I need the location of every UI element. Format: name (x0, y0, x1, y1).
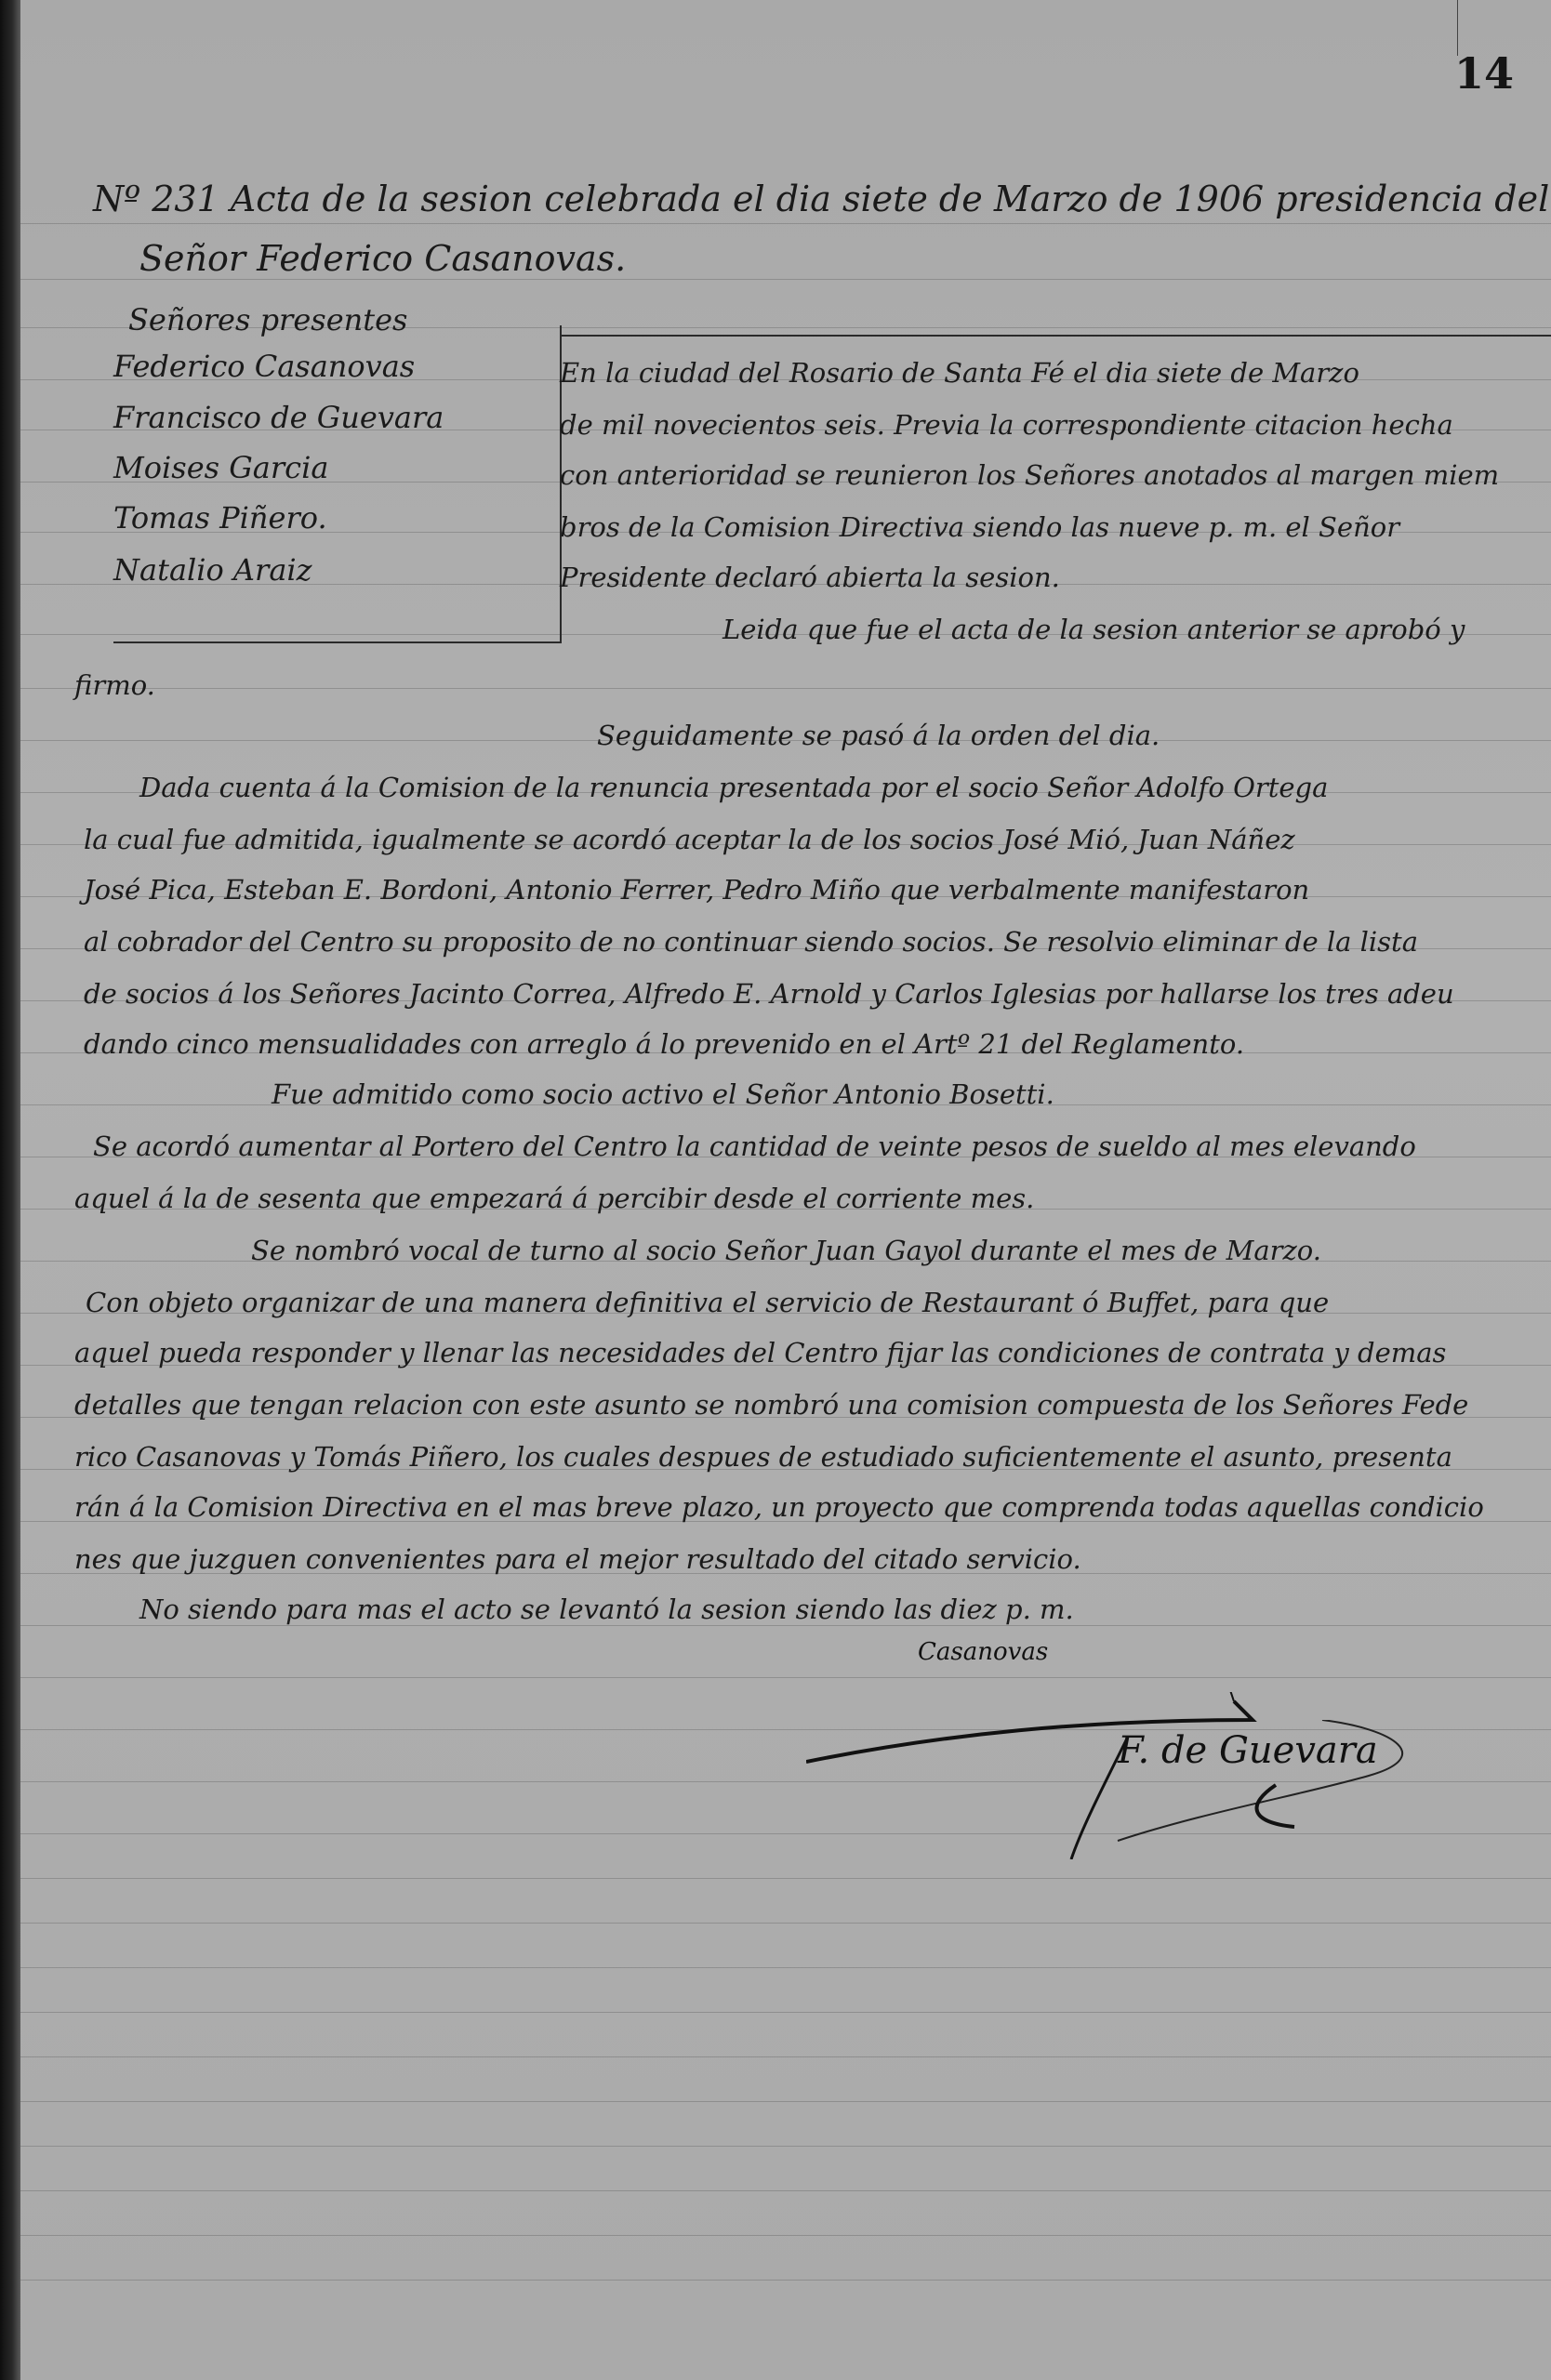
body-line: Se nombró vocal de turno al socio Señor … (251, 1235, 1321, 1266)
president-signature: Casanovas (918, 1638, 1048, 1666)
preamble-line: Presidente declaró abierta la sesion. (560, 562, 1060, 593)
preamble-line: con anterioridad se reunieron los Señore… (560, 459, 1499, 491)
attendee-name: Natalio Araiz (113, 552, 312, 588)
preamble-line: de mil novecientos seis. Previa la corre… (560, 409, 1453, 441)
body-line: Dada cuenta á la Comision de la renuncia… (139, 772, 1328, 803)
preamble-line: En la ciudad del Rosario de Santa Fé el … (560, 357, 1359, 389)
attendee-name: Federico Casanovas (113, 349, 415, 384)
body-line: nes que juzguen convenientes para el mej… (74, 1543, 1081, 1575)
body-line: No siendo para mas el acto se levantó la… (139, 1593, 1074, 1625)
body-line: la cual fue admitida, igualmente se acor… (84, 824, 1295, 855)
secretary-signature-flourish-icon (1062, 1720, 1490, 1859)
body-line: de socios á los Señores Jacinto Correa, … (84, 978, 1454, 1010)
attendee-name: Moises Garcia (113, 450, 328, 485)
body-line: Con objeto organizar de una manera defin… (86, 1287, 1329, 1318)
body-line: aquel á la de sesenta que empezará á per… (74, 1183, 1034, 1214)
body-line: rico Casanovas y Tomás Piñero, los cuale… (74, 1441, 1452, 1473)
preamble-line: bros de la Comision Directiva siendo las… (560, 511, 1399, 543)
ledger-page: 14 Nº 231 Acta de la sesion celebrada el… (20, 0, 1551, 2380)
body-line: firmo. (74, 669, 155, 701)
body-line: rán á la Comision Directiva en el mas br… (74, 1491, 1484, 1523)
body-line: dando cinco mensualidades con arreglo á … (84, 1028, 1244, 1060)
minutes-title: Nº 231 Acta de la sesion celebrada el di… (93, 178, 1549, 219)
body-line: detalles que tengan relacion con este as… (74, 1389, 1468, 1421)
body-line: Se acordó aumentar al Portero del Centro… (93, 1130, 1416, 1162)
attendee-name: Francisco de Guevara (113, 400, 444, 435)
body-line: al cobrador del Centro su proposito de n… (84, 926, 1418, 958)
body-line: Seguidamente se pasó á la orden del dia. (597, 720, 1160, 751)
body-line: José Pica, Esteban E. Bordoni, Antonio F… (84, 874, 1309, 906)
minutes-title-president: Señor Federico Casanovas. (139, 238, 626, 279)
body-line: Fue admitido como socio activo el Señor … (272, 1078, 1054, 1110)
book-binding-edge (0, 0, 20, 2380)
attendee-name: Tomas Piñero. (113, 500, 327, 535)
margin-pencil-line (1457, 0, 1458, 56)
page-number: 14 (1454, 48, 1514, 99)
body-line: aquel pueda responder y llenar las neces… (74, 1337, 1446, 1368)
preamble-line: Leida que fue el acta de la sesion anter… (722, 614, 1465, 645)
preamble-box-top-rule (560, 335, 1551, 337)
